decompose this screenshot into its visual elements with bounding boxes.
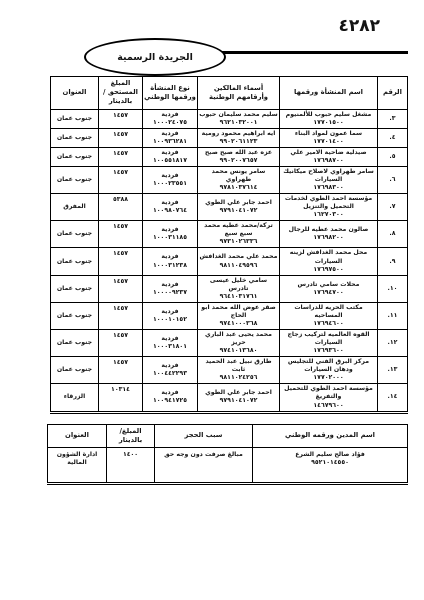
establishment-name: القوه العالميه لتركيب زجاج السيارات (281, 331, 376, 347)
owner-cell: احمد جابر علي الطوي ٩٧٩١٠٤١٠٧٢ (198, 384, 280, 412)
type-national-number: ١٠٠٠٠٩٢٣٧ (144, 289, 196, 297)
owner-name: سامر يونس محمد طهراوي (199, 168, 278, 184)
amount-cell: ١٤٥٧ (99, 248, 143, 275)
table-row: ٩. محل محمد الغدافش لزينه السيارات ١٧٦٩٧… (51, 248, 408, 275)
address: المفرق (63, 203, 85, 210)
establishment-name: سما عمون لمواد البناء (281, 130, 376, 138)
row-number-cell: ٤. (378, 128, 408, 147)
row-number-cell: ٣. (378, 109, 408, 128)
owner-national-number: ٩٧٤١٠٠٠٣٦٨ (199, 320, 278, 328)
row-number-cell: ١٢. (378, 330, 408, 357)
amount-due: ١٤٥٧ (113, 112, 128, 119)
table-row: ١٠. محلات سامي تادرس ١٧٦٩٤٧٠٠ سامي خليل … (51, 275, 408, 302)
establishment-number: ١٧٦٩٤٦٠٠ (281, 320, 376, 328)
owner-national-number: ٩٦٤١٠٣١٧٦١ (199, 293, 278, 301)
amount-cell: ١٤٥٧ (99, 109, 143, 128)
establishment-cell: صيدلية ضاحية الامير علي ١٧٦٩٨٧٠٠ (280, 147, 378, 166)
establishment-type: فردية (144, 111, 196, 119)
column-header-debtor: اسم المدين ورقمه الوطني (253, 424, 408, 447)
gazette-title-badge: الجريدة الرسمية (84, 38, 226, 76)
table-row: ٧. مؤسسة احمد الطوي لخدمات التحميل والتن… (51, 194, 408, 221)
establishment-number: ١٧٦٩٧٥٠٠ (281, 266, 376, 274)
establishment-type: فردية (144, 362, 196, 370)
amount-cell: ١٠٣١٤ (99, 384, 143, 412)
owner-national-number: ٩٧٩١٠٤١٠٧٢ (199, 207, 278, 215)
establishment-cell: سامر طهراوي لاصلاح ميكانيك السيارات ١٧٦٩… (280, 166, 378, 193)
address: جنوب عمان (57, 176, 92, 183)
owner-cell: صقر عوض الله محمد ابو الحاج ٩٧٤١٠٠٠٣٦٨ (198, 302, 280, 329)
type-national-number: ١٠٠٩٣٦٢٨١ (144, 138, 196, 146)
establishment-number: ١٧٧٠١٥٠٠ (281, 119, 376, 127)
amount-due: ١٤٥٧ (113, 359, 128, 366)
address-cell: الزرقاء (51, 384, 99, 412)
owner-name: احمد جابر علي الطوي (199, 389, 278, 397)
establishment-cell: مؤسسة احمد الطوي لخدمات التحميل والتنزيل… (280, 194, 378, 221)
amount-due: ١٤٥٧ (113, 278, 128, 285)
seizure-amount: ١٤٠٠ (123, 451, 138, 458)
address: جنوب عمان (57, 285, 92, 292)
owner-name: ايه ابراهيم محمود رومية (199, 130, 278, 138)
address: الزرقاء (64, 393, 85, 400)
table-row: ٤. سما عمون لمواد البناء ١٧٧٠١٤٠٠ ايه اب… (51, 128, 408, 147)
amount-cell: ١٤٥٧ (99, 275, 143, 302)
owner-cell: محمد علي محمد الغدافش ٩٨١١٠٤٩٥٩٦ (198, 248, 280, 275)
row-number-cell: ١١. (378, 302, 408, 329)
type-cell: فردية ١٠٠٠٣١١٨٥ (143, 221, 198, 248)
address-cell: جنوب عمان (51, 147, 99, 166)
type-cell: فردية ١٠٠٩٣٦٢٨١ (143, 128, 198, 147)
amount-cell: ١٤٥٧ (99, 147, 143, 166)
row-number: ١٣. (388, 366, 398, 373)
establishment-number: ١٧٦٩٨٣٠٠ (281, 184, 376, 192)
column-header-establishment: اسم المنشأة ورقمها (280, 77, 378, 110)
address: جنوب عمان (57, 339, 92, 346)
row-number: ٤. (389, 134, 395, 141)
establishment-cell: القوه العالميه لتركيب زجاج السيارات ١٧٦٩… (280, 330, 378, 357)
type-cell: فردية ١٠٠٠٣١٨٠١ (143, 330, 198, 357)
seizure-amount-cell: ١٤٠٠ (107, 447, 155, 483)
establishment-name: محلات سامي تادرس (281, 281, 376, 289)
establishment-name: مؤسسة احمد الطوي للتحميل والتفريغ (281, 385, 376, 401)
owner-name: سامي خليل عيسى تادرس (199, 277, 278, 293)
row-number: ٩. (389, 258, 395, 265)
establishment-type: فردية (144, 149, 196, 157)
establishment-name: صالون محمد عطيه للرجال (281, 226, 376, 234)
owner-national-number: ٩٧٣١٠٢٦٣٣٦ (199, 238, 278, 246)
establishment-cell: مؤسسة احمد الطوي للتحميل والتفريغ ١٤٦٧٩٦… (280, 384, 378, 412)
amount-due: ١٤٥٧ (113, 150, 128, 157)
owner-name: سليم محمد سليمان حبوب (199, 111, 278, 119)
type-cell: فردية ١٠٠٩٨٠٧٦٤ (143, 194, 198, 221)
type-cell: فردية ١٠٠٩٤١٧٢٥ (143, 384, 198, 412)
establishment-type: فردية (144, 226, 196, 234)
establishment-cell: سما عمون لمواد البناء ١٧٧٠١٤٠٠ (280, 128, 378, 147)
table-header-row: الرقم اسم المنشأة ورقمها أسماء المالكين … (51, 77, 408, 110)
owner-cell: طارق نبيل عبد الحميد ثابت ٩٨١١٠٢٤٢٥٦ (198, 357, 280, 384)
row-number-cell: ٧. (378, 194, 408, 221)
amount-due: ١٤٥٧ (113, 131, 128, 138)
row-number-cell: ١٠. (378, 275, 408, 302)
type-national-number: ١٠٠٩٤١٧٢٥ (144, 397, 196, 405)
seizure-row: فؤاد صالح سليم الشرع ٩٥٢١٠١٤٥٥٠ مبالغ صر… (48, 447, 408, 483)
table-row: ١١. مكتب الحريه للدراسات المساحيه ١٧٦٩٤٦… (51, 302, 408, 329)
owner-cell: عزه عبد الله صبح صبح ٩٩٠٢٠٠٧٦٥٧ (198, 147, 280, 166)
row-number: ٨. (389, 230, 395, 237)
owner-cell: محمد يحيى عبد الباري حريز ٩٧٤١٠١٣٦٨٠ (198, 330, 280, 357)
type-national-number: ١٠٠٠٢٣٥٥١ (144, 180, 196, 188)
type-cell: فردية ١٠٠٠٣١٢٣٨ (143, 248, 198, 275)
address: جنوب عمان (57, 312, 92, 319)
gazette-page: ٤٢٨٢ الجريدة الرسمية الرقم اسم المنشأة و… (0, 0, 424, 600)
row-number-cell: ٨. (378, 221, 408, 248)
table-row: ٣. مشغل سليم حبوب للألمنيوم ١٧٧٠١٥٠٠ سلي… (51, 109, 408, 128)
establishment-cell: مشغل سليم حبوب للألمنيوم ١٧٧٠١٥٠٠ (280, 109, 378, 128)
owner-national-number: ٩٧٤١٠١٣٦٨٠ (199, 347, 278, 355)
row-number: ٣. (389, 115, 395, 122)
owner-national-number: ٩٦٢١٠٣٢٠٠١ (199, 119, 278, 127)
row-number-cell: ٥. (378, 147, 408, 166)
establishment-number: ١٤٦٧٩٦٠٠ (281, 402, 376, 410)
type-national-number: ١٠٠٠٣١٢٣٨ (144, 262, 196, 270)
establishment-type: فردية (144, 281, 196, 289)
address: جنوب عمان (57, 115, 92, 122)
establishment-number: ١٧٦٩٣٦٠٠ (281, 347, 376, 355)
type-national-number: ١٠٠٠٣١١٨٥ (144, 234, 196, 242)
establishment-type: فردية (144, 335, 196, 343)
table-row: ٥. صيدلية ضاحية الامير علي ١٧٦٩٨٧٠٠ عزه … (51, 147, 408, 166)
establishments-table: الرقم اسم المنشأة ورقمها أسماء المالكين … (50, 76, 408, 414)
owner-national-number: ٩٧٨١٠٣٧٦١٤ (199, 184, 278, 192)
establishment-type: فردية (144, 130, 196, 138)
seizure-address-cell: ادارة الشؤون المالية (48, 447, 107, 483)
type-cell: فردية ١٠٠٤٤٢٢٩٣ (143, 357, 198, 384)
establishment-name: محل محمد الغدافش لزينه السيارات (281, 249, 376, 265)
amount-cell: ١٤٥٧ (99, 302, 143, 329)
column-header-amount: المبلغ المستحق /بالدينار (99, 77, 143, 110)
column-header-seizure-amount: المبلغ/بالدينار (107, 424, 155, 447)
establishment-name: مؤسسة احمد الطوي لخدمات التحميل والتنزيل (281, 195, 376, 211)
establishment-name: سامر طهراوي لاصلاح ميكانيك السيارات (281, 168, 376, 184)
debtor-name: فؤاد صالح سليم الشرع (254, 451, 406, 459)
amount-due: ١٤٥٧ (113, 250, 128, 257)
amount-cell: ١٤٥٧ (99, 330, 143, 357)
seizure-address: ادارة الشؤون المالية (57, 451, 98, 466)
establishment-number: ١٧٦٩٨٧٠٠ (281, 157, 376, 165)
row-number-cell: ٩. (378, 248, 408, 275)
amount-due: ١٤٥٧ (113, 169, 128, 176)
address-cell: جنوب عمان (51, 166, 99, 193)
address-cell: جنوب عمان (51, 248, 99, 275)
owner-name: تركة/محمد عطيه محمد سبع سبع (199, 222, 278, 238)
seizure-header-row: اسم المدين ورقمه الوطني سبب الحجز المبلغ… (48, 424, 408, 447)
owner-cell: ايه ابراهيم محمود رومية ٩٩٠٢٠٦١١٢٣ (198, 128, 280, 147)
establishment-type: فردية (144, 172, 196, 180)
table-row: ١٣. مركز البرق الفني للتجليس ودهان السيا… (51, 357, 408, 384)
owner-national-number: ٩٧٩١٠٤١٠٧٢ (199, 397, 278, 405)
type-cell: فردية ١٠٠٠٠٩٢٣٧ (143, 275, 198, 302)
address: جنوب عمان (57, 258, 92, 265)
owner-name: صقر عوض الله محمد ابو الحاج (199, 304, 278, 320)
row-number: ١٢. (388, 339, 398, 346)
owner-cell: سامر يونس محمد طهراوي ٩٧٨١٠٣٧٦١٤ (198, 166, 280, 193)
amount-cell: ١٤٥٧ (99, 357, 143, 384)
owner-cell: سامي خليل عيسى تادرس ٩٦٤١٠٣١٧٦١ (198, 275, 280, 302)
seizure-table: اسم المدين ورقمه الوطني سبب الحجز المبلغ… (47, 424, 408, 485)
owner-cell: احمد جابر علي الطوي ٩٧٩١٠٤١٠٧٢ (198, 194, 280, 221)
establishment-number: ١٧٧٠٢٠٠٠ (281, 374, 376, 382)
column-header-address: العنوان (51, 77, 99, 110)
owner-name: محمد علي محمد الغدافش (199, 253, 278, 261)
debtor-national-number: ٩٥٢١٠١٤٥٥٠ (254, 459, 406, 467)
establishment-type: فردية (144, 253, 196, 261)
type-cell: فردية ١٠٠٥٥١٨١٧ (143, 147, 198, 166)
establishment-cell: مركز البرق الفني للتجليس ودهان السيارات … (280, 357, 378, 384)
table-row: ٦. سامر طهراوي لاصلاح ميكانيك السيارات ١… (51, 166, 408, 193)
amount-due: ١٤٥٧ (113, 305, 128, 312)
owner-cell: سليم محمد سليمان حبوب ٩٦٢١٠٣٢٠٠١ (198, 109, 280, 128)
amount-due: ١٤٥٧ (113, 223, 128, 230)
address: جنوب عمان (57, 230, 92, 237)
owner-national-number: ٩٩٠٢٠٠٧٦٥٧ (199, 157, 278, 165)
type-cell: فردية ١٠٠٠١٠١٥٢ (143, 302, 198, 329)
establishment-type: فردية (144, 199, 196, 207)
establishment-name: مركز البرق الفني للتجليس ودهان السيارات (281, 358, 376, 374)
row-number: ٧. (389, 203, 395, 210)
row-number: ١٠. (388, 285, 398, 292)
masthead-rule (218, 51, 408, 54)
establishment-number: ١٧٦٩٨٢٠٠ (281, 234, 376, 242)
establishment-cell: محل محمد الغدافش لزينه السيارات ١٧٦٩٧٥٠٠ (280, 248, 378, 275)
address-cell: جنوب عمان (51, 275, 99, 302)
type-national-number: ١٠٠٠١٠١٥٢ (144, 316, 196, 324)
address-cell: المفرق (51, 194, 99, 221)
type-cell: فردية ١٠٠٠٢٤٠٧٥ (143, 109, 198, 128)
address: جنوب عمان (57, 366, 92, 373)
row-number: ١٤. (388, 393, 398, 400)
type-national-number: ١٠٠٠٢٤٠٧٥ (144, 119, 196, 127)
amount-due: ١٤٥٧ (113, 332, 128, 339)
establishment-number: ١٧٦٩٤٧٠٠ (281, 289, 376, 297)
row-number-cell: ١٣. (378, 357, 408, 384)
establishment-cell: مكتب الحريه للدراسات المساحيه ١٧٦٩٤٦٠٠ (280, 302, 378, 329)
address-cell: جنوب عمان (51, 302, 99, 329)
address: جنوب عمان (57, 153, 92, 160)
establishment-cell: محلات سامي تادرس ١٧٦٩٤٧٠٠ (280, 275, 378, 302)
row-number: ٥. (389, 153, 395, 160)
type-national-number: ١٠٠٥٥١٨١٧ (144, 157, 196, 165)
table-row: ١٢. القوه العالميه لتركيب زجاج السيارات … (51, 330, 408, 357)
establishment-name: صيدلية ضاحية الامير علي (281, 149, 376, 157)
establishment-name: مشغل سليم حبوب للألمنيوم (281, 111, 376, 119)
debtor-cell: فؤاد صالح سليم الشرع ٩٥٢١٠١٤٥٥٠ (253, 447, 408, 483)
amount-cell: ٥٣٨٨ (99, 194, 143, 221)
establishment-number: ١٧٧٠١٤٠٠ (281, 138, 376, 146)
row-number: ٦. (389, 176, 395, 183)
gazette-title: الجريدة الرسمية (117, 52, 193, 63)
owner-name: عزه عبد الله صبح صبح (199, 149, 278, 157)
address-cell: جنوب عمان (51, 221, 99, 248)
establishment-type: فردية (144, 389, 196, 397)
amount-due: ١٠٣١٤ (111, 386, 130, 393)
gazette-issue-number: ٤٢٨٢ (338, 16, 380, 36)
address-cell: جنوب عمان (51, 330, 99, 357)
owner-national-number: ٩٩٠٢٠٦١١٢٣ (199, 138, 278, 146)
address: جنوب عمان (57, 134, 92, 141)
type-national-number: ١٠٠٩٨٠٧٦٤ (144, 207, 196, 215)
owner-name: طارق نبيل عبد الحميد ثابت (199, 358, 278, 374)
type-national-number: ١٠٠٠٣١٨٠١ (144, 343, 196, 351)
row-number-cell: ١٤. (378, 384, 408, 412)
address-cell: جنوب عمان (51, 109, 99, 128)
amount-due: ٥٣٨٨ (113, 196, 128, 203)
type-cell: فردية ١٠٠٠٢٣٥٥١ (143, 166, 198, 193)
owner-cell: تركة/محمد عطيه محمد سبع سبع ٩٧٣١٠٢٦٣٣٦ (198, 221, 280, 248)
owner-name: محمد يحيى عبد الباري حريز (199, 331, 278, 347)
owner-national-number: ٩٨١١٠٢٤٢٥٦ (199, 374, 278, 382)
table-row: ١٤. مؤسسة احمد الطوي للتحميل والتفريغ ١٤… (51, 384, 408, 412)
address-cell: جنوب عمان (51, 128, 99, 147)
establishment-cell: صالون محمد عطيه للرجال ١٧٦٩٨٢٠٠ (280, 221, 378, 248)
amount-cell: ١٤٥٧ (99, 166, 143, 193)
column-header-reason: سبب الحجز (155, 424, 253, 447)
owner-national-number: ٩٨١١٠٤٩٥٩٦ (199, 262, 278, 270)
column-header-number: الرقم (378, 77, 408, 110)
establishment-name: مكتب الحريه للدراسات المساحيه (281, 304, 376, 320)
row-number-cell: ٦. (378, 166, 408, 193)
amount-cell: ١٤٥٧ (99, 221, 143, 248)
seizure-reason: مبالغ صرفت دون وجه حق (164, 451, 243, 458)
establishment-type: فردية (144, 308, 196, 316)
column-header-owners: أسماء المالكين وأرقامهم الوطنية (198, 77, 280, 110)
table-row: ٨. صالون محمد عطيه للرجال ١٧٦٩٨٢٠٠ تركة/… (51, 221, 408, 248)
establishment-number: ١٦٢٧٠٣٠٠ (281, 211, 376, 219)
type-national-number: ١٠٠٤٤٢٢٩٣ (144, 370, 196, 378)
row-number: ١١. (388, 312, 398, 319)
amount-cell: ١٤٥٧ (99, 128, 143, 147)
owner-name: احمد جابر علي الطوي (199, 199, 278, 207)
column-header-type: نوع المنشأة ورقمها الوطني (143, 77, 198, 110)
seizure-reason-cell: مبالغ صرفت دون وجه حق (155, 447, 253, 483)
address-cell: جنوب عمان (51, 357, 99, 384)
column-header-seizure-address: العنوان (48, 424, 107, 447)
